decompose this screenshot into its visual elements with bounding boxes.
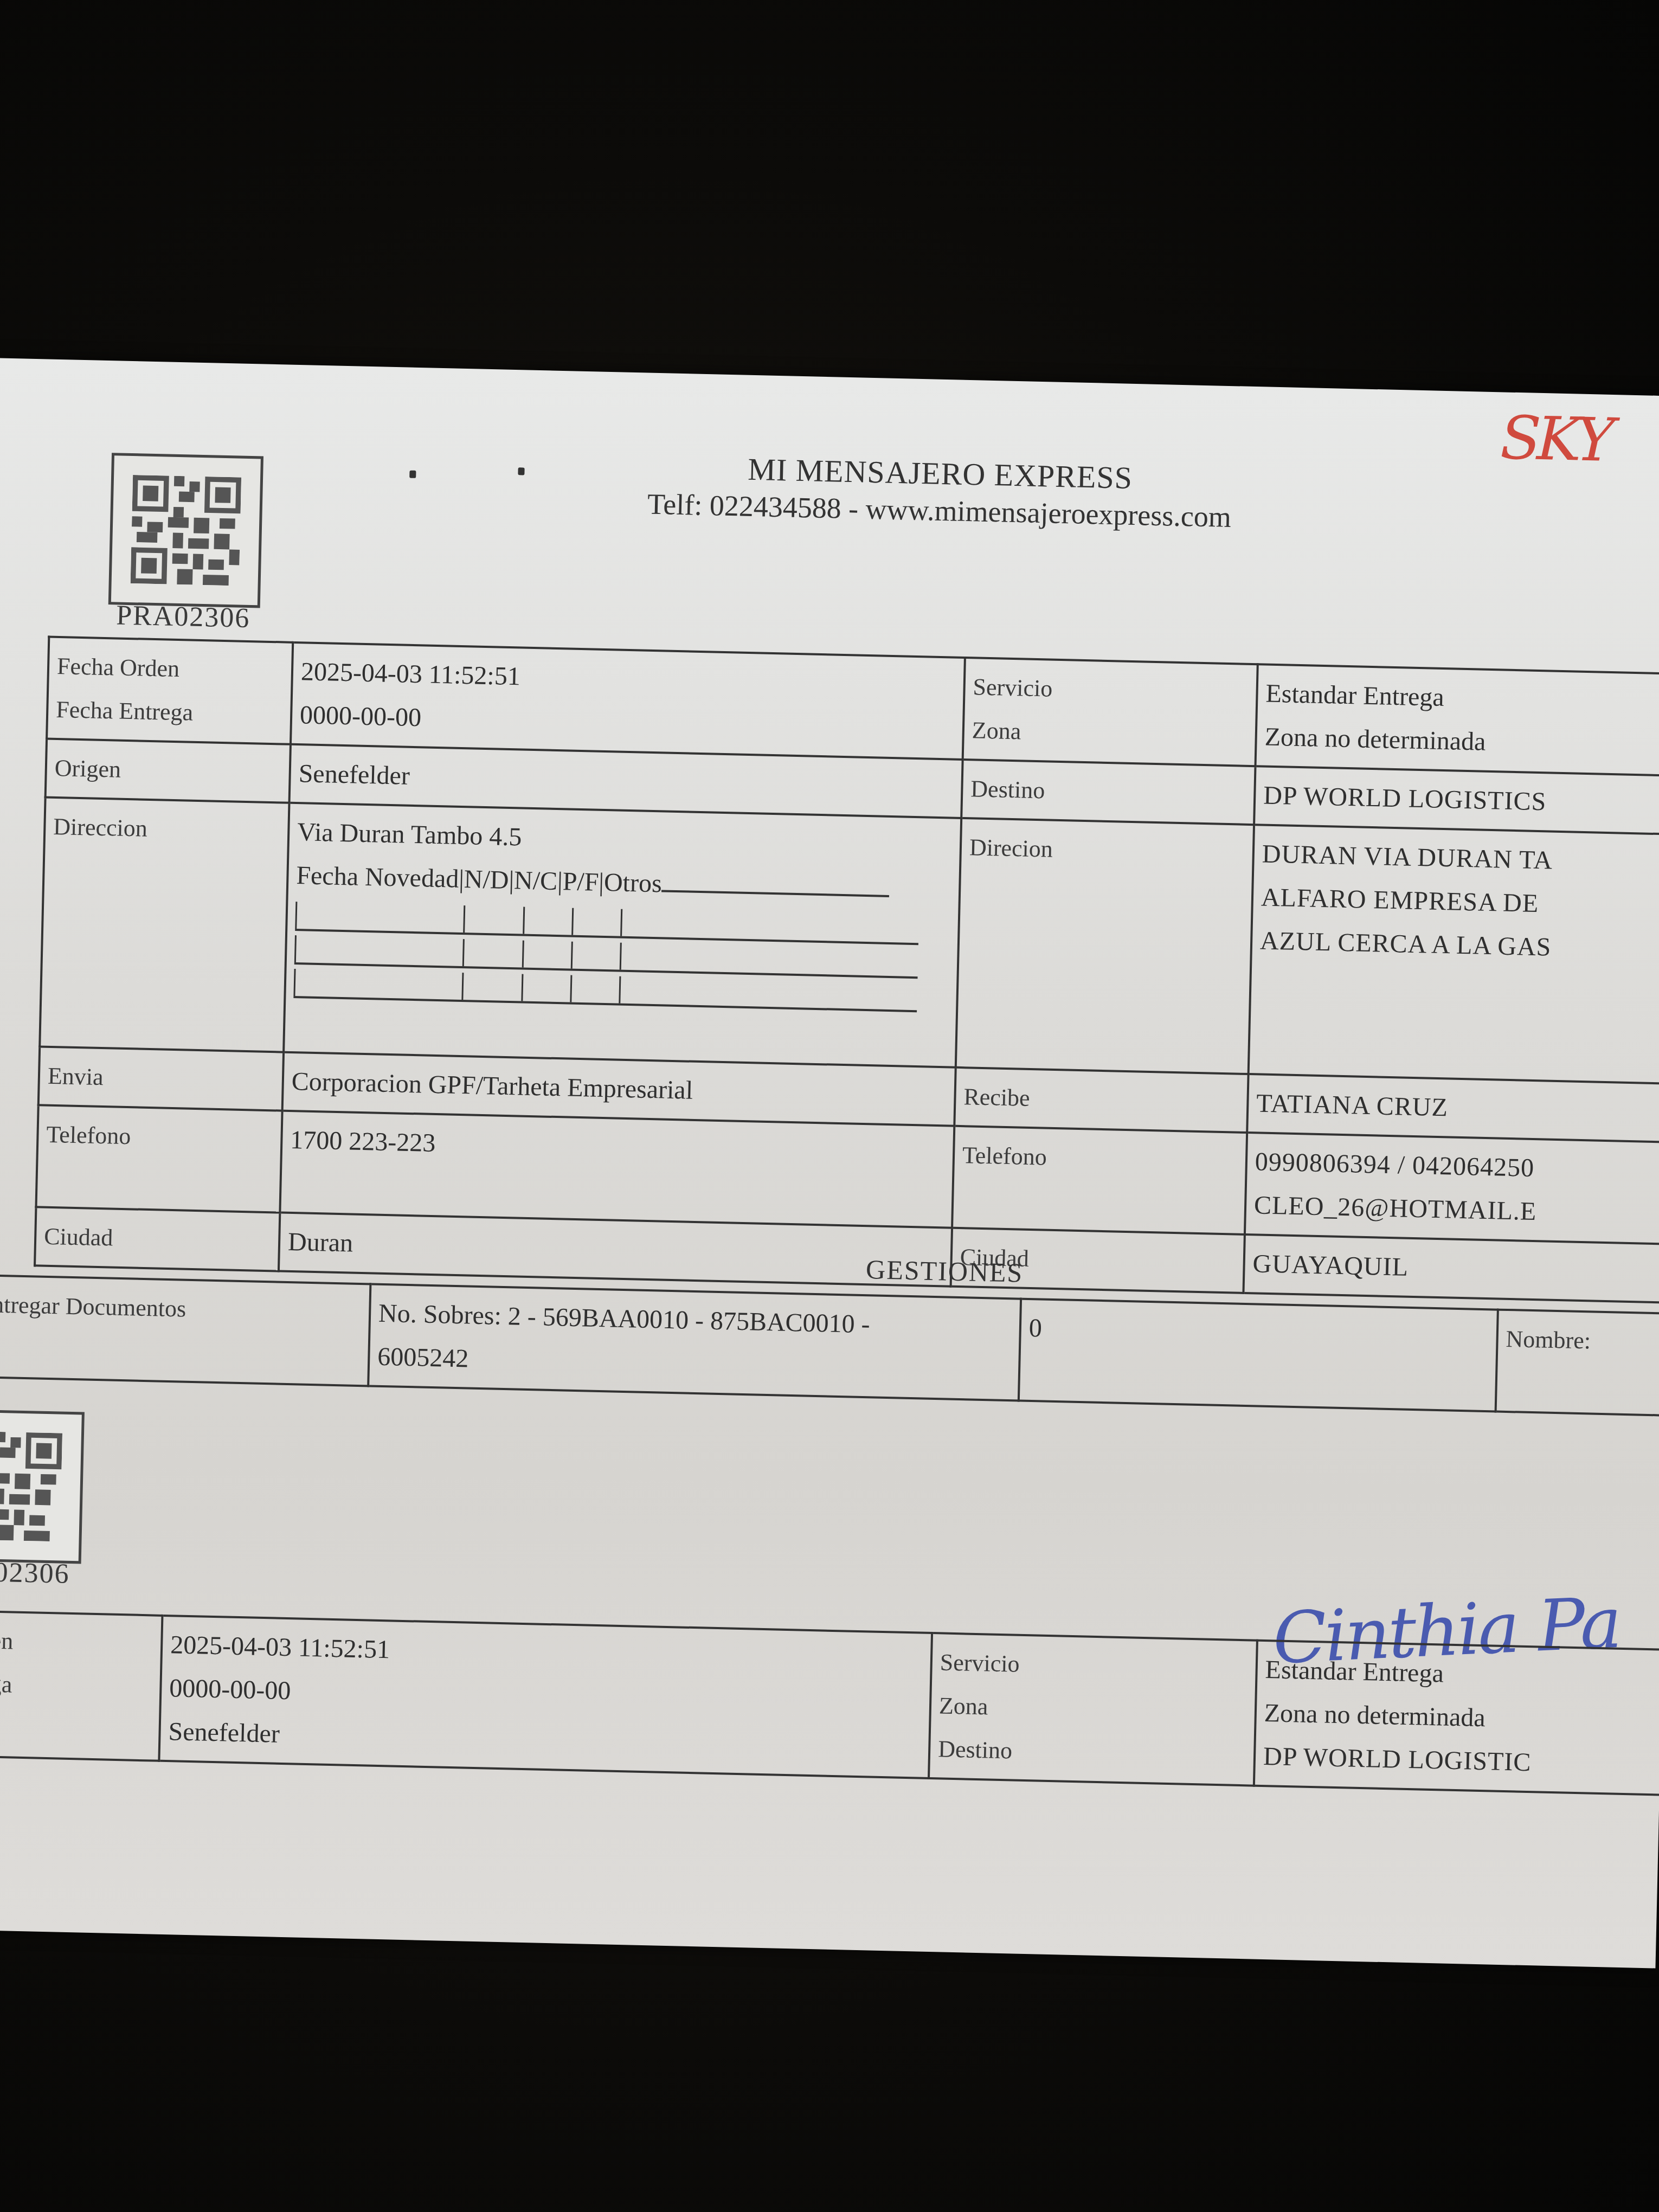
handwritten-red-mark: SKY xyxy=(1500,403,1611,475)
gestion-tipo: Entregar Documentos xyxy=(0,1275,370,1386)
email-destino-value: CLEO_26@HOTMAIL.E xyxy=(1253,1184,1659,1236)
telefono-destino-label: Telefono xyxy=(952,1126,1247,1234)
origen-label: Origen xyxy=(46,739,291,803)
telefono-destino-cell: 0990806394 / 042064250 CLEO_26@HOTMAIL.E xyxy=(1245,1133,1659,1244)
punch-hole xyxy=(518,467,524,475)
fecha-labels-cell: Fecha Orden Fecha Entrega xyxy=(47,637,293,744)
qr-code-label: A02306 xyxy=(0,1556,70,1590)
fecha-entrega-label: ntrega xyxy=(0,1662,152,1709)
company-header: MI MENSAJERO EXPRESS Telf: 022434588 - w… xyxy=(647,449,1232,534)
direcion-destino-label: Direcion xyxy=(956,818,1254,1074)
servicio-labels-cell: Servicio Zona Destino xyxy=(929,1633,1257,1786)
qr-code-label: PRA02306 xyxy=(116,599,250,634)
recibe-label: Recibe xyxy=(954,1068,1248,1133)
ciudad-origen-label: Ciudad xyxy=(35,1207,280,1271)
nombre-label: Nombre: xyxy=(1496,1310,1659,1416)
fecha-entrega-label: Fecha Entrega xyxy=(55,688,283,736)
zona-label: Zona xyxy=(938,1684,1248,1734)
gestion-detalle-cell: No. Sobres: 2 - 569BAA0010 - 875BAC0010 … xyxy=(368,1284,1021,1400)
servicio-labels-cell: Servicio Zona xyxy=(963,658,1258,766)
delivery-receipt-paper: SKY PRA02306 MI MENSAJERO EXPRESS Telf: … xyxy=(0,358,1659,1968)
zona-label: Zona xyxy=(972,709,1248,758)
envia-label: Envia xyxy=(38,1046,284,1110)
fecha-orden-label: Fecha Orden xyxy=(56,645,284,693)
fecha-values-cell: 2025-04-03 11:52:51 0000-00-00 xyxy=(291,642,965,760)
qr-pattern-icon xyxy=(131,475,241,586)
fecha-values-cell: 2025-04-03 11:52:51 0000-00-00 Senefelde… xyxy=(159,1616,932,1778)
servicio-label: Servicio xyxy=(973,665,1249,715)
shipment-details-table: Fecha Orden Fecha Entrega 2025-04-03 11:… xyxy=(34,636,1659,1304)
servicio-values-cell: Estandar Entrega Zona no determinada DP … xyxy=(1254,1641,1659,1796)
gestion-cantidad: 0 xyxy=(1019,1299,1498,1412)
punch-hole xyxy=(409,471,416,478)
qr-code-icon xyxy=(0,1409,85,1564)
destino-label: Destino xyxy=(937,1727,1246,1778)
fecha-labels-cell: Orden ntrega xyxy=(0,1611,162,1761)
direcion-destino-line: AZUL CERCA A LA GAS xyxy=(1259,919,1659,972)
fecha-orden-label: Orden xyxy=(0,1618,153,1666)
telefono-origen-label: Telefono xyxy=(36,1105,282,1212)
destino-label: Destino xyxy=(961,760,1255,825)
direccion-cell: Via Duran Tambo 4.5 Fecha Novedad|N/D|N/… xyxy=(284,803,961,1068)
servicio-values-cell: Estandar Entrega Zona no determinada xyxy=(1256,664,1659,776)
direcion-destino-cell: DURAN VIA DURAN TA ALFARO EMPRESA DE AZU… xyxy=(1249,825,1659,1084)
zona-value: Zona no determinada xyxy=(1264,716,1659,768)
ciudad-destino-value: GUAYAQUIL xyxy=(1243,1234,1659,1303)
telefono-origen-value: 1700 223-223 xyxy=(280,1111,954,1228)
recibe-value: TATIANA CRUZ xyxy=(1247,1074,1659,1142)
servicio-label: Servicio xyxy=(940,1641,1249,1691)
destino-value: DP WORLD LOGISTICS xyxy=(1254,766,1659,834)
qr-code-icon xyxy=(108,453,263,608)
qr-pattern-icon xyxy=(0,1431,62,1541)
direccion-label: Direccion xyxy=(40,798,289,1052)
destino-value: DP WORLD LOGISTIC xyxy=(1263,1735,1659,1787)
